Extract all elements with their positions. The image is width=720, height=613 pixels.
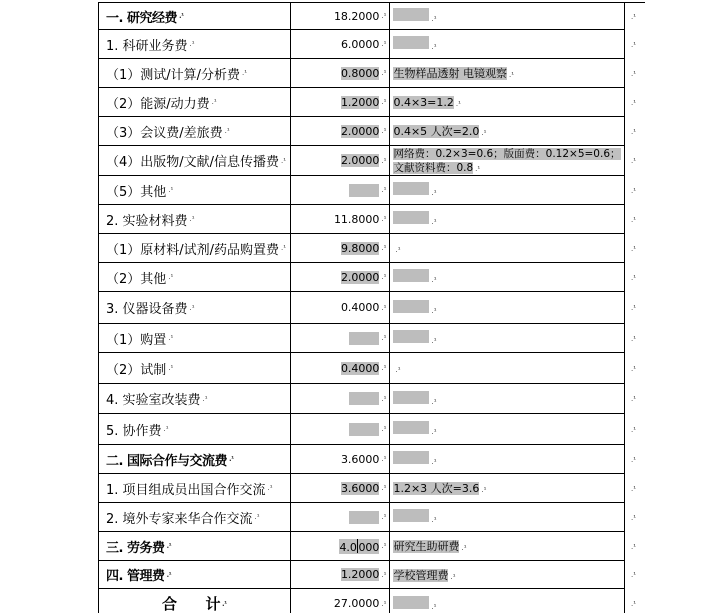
- item-label: （2）其他: [106, 268, 166, 287]
- table-row: 三. 劳务费.¹4.0000.¹研究生助研费.¹.¹: [99, 532, 645, 561]
- cell-end-marker: .¹: [381, 69, 386, 77]
- cell-end-marker: .¹: [381, 98, 386, 106]
- amount-cell[interactable]: 2.0000.¹: [291, 117, 391, 146]
- paragraph-mark: .¹: [631, 571, 636, 579]
- note-cell[interactable]: .¹: [390, 292, 625, 324]
- cell-end-marker: .¹: [168, 186, 173, 194]
- paragraph-mark: .¹: [631, 485, 636, 493]
- amount-value: 1.2000: [341, 568, 380, 581]
- cell-end-marker: .¹: [281, 157, 286, 165]
- paragraph-mark: .¹: [631, 426, 636, 434]
- item-cell[interactable]: （1）原材料/试剂/药品购置费.¹: [99, 234, 291, 263]
- paragraph-mark: .¹: [631, 41, 636, 49]
- cell-end-marker: .¹: [381, 215, 386, 223]
- row-end-mark: .¹: [625, 532, 645, 561]
- item-label: 三. 劳务费: [106, 537, 164, 556]
- redacted-box: [393, 182, 429, 195]
- cell-end-marker: .¹: [381, 40, 386, 48]
- amount-cell[interactable]: 3.6000.¹: [291, 474, 391, 503]
- item-cell[interactable]: 二. 国际合作与交流费.¹: [99, 445, 291, 474]
- item-cell[interactable]: （2）其他.¹: [99, 263, 291, 292]
- cell-end-marker: .¹: [168, 334, 173, 342]
- cell-end-marker: .¹: [395, 246, 400, 254]
- amount-cell[interactable]: .¹: [291, 414, 391, 445]
- budget-table: 一. 研究经费.¹18.2000.¹.¹.¹1. 科研业务费.¹6.0000.¹…: [98, 2, 645, 613]
- cell-end-marker: .¹: [190, 40, 195, 48]
- amount-cell[interactable]: 0.4000.¹: [291, 353, 391, 384]
- cell-end-marker: .¹: [381, 455, 386, 463]
- redacted-box: [393, 391, 429, 404]
- amount-value: 9.8000: [341, 242, 380, 255]
- row-end-mark: .¹: [625, 59, 645, 88]
- cell-end-marker: .¹: [461, 544, 466, 552]
- item-cell[interactable]: 三. 劳务费.¹: [99, 532, 291, 561]
- item-label: （3）会议费/差旅费: [106, 122, 223, 141]
- amount-cell[interactable]: .¹: [291, 176, 391, 205]
- item-cell[interactable]: （3）会议费/差旅费.¹: [99, 117, 291, 146]
- item-label: 4. 实验室改装费: [106, 389, 201, 408]
- note-cell[interactable]: .¹: [390, 3, 625, 30]
- table-row: 4. 实验室改装费.¹.¹.¹.¹: [99, 384, 645, 414]
- table-row: 四. 管理费.¹1.2000.¹学校管理费.¹.¹: [99, 561, 645, 589]
- item-cell[interactable]: 4. 实验室改装费.¹: [99, 384, 291, 414]
- cell-end-marker: .¹: [431, 428, 436, 436]
- item-label: 四. 管理费: [106, 565, 164, 584]
- cell-end-marker: .¹: [168, 364, 173, 372]
- paragraph-mark: .¹: [631, 70, 636, 78]
- row-end-mark: .¹: [625, 30, 645, 59]
- cell-end-marker: .¹: [212, 98, 217, 106]
- redacted-box: [349, 511, 379, 524]
- item-label: 1. 科研业务费: [106, 35, 188, 54]
- item-cell[interactable]: （2）能源/动力费.¹: [99, 88, 291, 117]
- amount-cell[interactable]: 18.2000.¹: [291, 3, 391, 30]
- item-cell[interactable]: 2. 实验材料费.¹: [99, 205, 291, 234]
- table-row: 二. 国际合作与交流费.¹3.6000.¹.¹.¹: [99, 445, 645, 474]
- cell-end-marker: .¹: [381, 334, 386, 342]
- cell-end-marker: .¹: [381, 571, 386, 579]
- item-cell[interactable]: 3. 仪器设备费.¹: [99, 292, 291, 324]
- amount-value: 2.0000: [341, 154, 380, 167]
- paragraph-mark: .¹: [631, 216, 636, 224]
- amount-cell[interactable]: 6.0000.¹: [291, 30, 391, 59]
- note-cell[interactable]: .¹: [390, 324, 625, 353]
- amount-cell[interactable]: 2.0000.¹: [291, 146, 391, 176]
- note-cell[interactable]: .¹: [390, 205, 625, 234]
- redacted-box: [393, 509, 429, 522]
- row-end-mark: .¹: [625, 589, 645, 613]
- cell-end-marker: .¹: [229, 455, 234, 463]
- cell-end-marker: .¹: [281, 244, 286, 252]
- cell-end-marker: .¹: [481, 486, 486, 494]
- note-cell[interactable]: .¹: [390, 234, 625, 263]
- item-label: 2. 境外专家来华合作交流: [106, 508, 253, 527]
- note-cell[interactable]: 1.2×3 人次=3.6.¹: [390, 474, 625, 503]
- table-row: 2. 境外专家来华合作交流.¹.¹.¹.¹: [99, 503, 645, 532]
- amount-value: 27.0000: [334, 597, 380, 610]
- note-cell[interactable]: 研究生助研费.¹: [390, 532, 625, 561]
- cell-end-marker: .¹: [190, 304, 195, 312]
- item-cell[interactable]: （1）购置.¹: [99, 324, 291, 353]
- row-end-mark: .¹: [625, 234, 645, 263]
- cell-end-marker: .¹: [268, 484, 273, 492]
- table-row: （2）能源/动力费.¹1.2000.¹0.4×3=1.2.¹.¹: [99, 88, 645, 117]
- redacted-box: [349, 184, 379, 197]
- row-end-mark: .¹: [625, 176, 645, 205]
- item-label: 合 计: [162, 593, 220, 613]
- row-end-mark: .¹: [625, 88, 645, 117]
- item-label: 二. 国际合作与交流费: [106, 450, 227, 469]
- amount-value: 1.2000: [341, 96, 380, 109]
- amount-value: 3.6000: [341, 453, 380, 466]
- note-cell[interactable]: .¹: [390, 503, 625, 532]
- table-row: 1. 科研业务费.¹6.0000.¹.¹.¹: [99, 30, 645, 59]
- redacted-box: [349, 332, 379, 345]
- note-cell[interactable]: 生物样品透射 电镜观察.¹: [390, 59, 625, 88]
- cell-end-marker: .¹: [381, 304, 386, 312]
- row-end-mark: .¹: [625, 146, 645, 176]
- cell-end-marker: .¹: [381, 513, 386, 521]
- cell-end-marker: .¹: [203, 395, 208, 403]
- note-text: 研究生助研费: [393, 540, 459, 553]
- note-cell[interactable]: .¹: [390, 414, 625, 445]
- amount-cell[interactable]: .¹: [291, 324, 391, 353]
- cell-end-marker: .¹: [381, 244, 386, 252]
- paragraph-mark: .¹: [631, 456, 636, 464]
- row-end-mark: .¹: [625, 324, 645, 353]
- amount-cell[interactable]: 27.0000.¹: [291, 589, 391, 613]
- redacted-box: [393, 269, 429, 282]
- paragraph-mark: .¹: [631, 335, 636, 343]
- cell-end-marker: .¹: [225, 127, 230, 135]
- note-text: 1.2×3 人次=3.6: [393, 482, 479, 495]
- item-label: （4）出版物/文献/信息传播费: [106, 151, 279, 170]
- item-label: （1）测试/计算/分析费: [106, 64, 240, 83]
- table-row: 1. 项目组成员出国合作交流.¹3.6000.¹1.2×3 人次=3.6.¹.¹: [99, 474, 645, 503]
- table-row: （2）其他.¹2.0000.¹.¹.¹: [99, 263, 645, 292]
- amount-cell[interactable]: 2.0000.¹: [291, 263, 391, 292]
- row-end-mark: .¹: [625, 205, 645, 234]
- item-cell[interactable]: 2. 境外专家来华合作交流.¹: [99, 503, 291, 532]
- cell-end-marker: .¹: [431, 398, 436, 406]
- amount-value: 11.8000: [334, 213, 380, 226]
- document-page: 一. 研究经费.¹18.2000.¹.¹.¹1. 科研业务费.¹6.0000.¹…: [0, 0, 720, 613]
- cell-end-marker: .¹: [481, 129, 486, 137]
- item-cell[interactable]: 合 计.¹: [99, 589, 291, 613]
- row-end-mark: .¹: [625, 503, 645, 532]
- cell-end-marker: .¹: [255, 513, 260, 521]
- note-cell[interactable]: .¹: [390, 589, 625, 613]
- item-cell[interactable]: 四. 管理费.¹: [99, 561, 291, 589]
- item-cell[interactable]: 1. 科研业务费.¹: [99, 30, 291, 59]
- table-row: 2. 实验材料费.¹11.8000.¹.¹.¹: [99, 205, 645, 234]
- amount-value: 18.2000: [334, 10, 380, 23]
- item-cell[interactable]: 1. 项目组成员出国合作交流.¹: [99, 474, 291, 503]
- cell-end-marker: .¹: [381, 364, 386, 372]
- row-end-mark: .¹: [625, 414, 645, 445]
- paragraph-mark: .¹: [631, 187, 636, 195]
- paragraph-mark: .¹: [631, 543, 636, 551]
- cell-end-marker: .¹: [431, 516, 436, 524]
- cell-end-marker: .¹: [509, 71, 514, 79]
- paragraph-mark: .¹: [631, 274, 636, 282]
- cell-end-marker: .¹: [381, 157, 386, 165]
- paragraph-mark: .¹: [631, 99, 636, 107]
- row-end-mark: .¹: [625, 117, 645, 146]
- item-cell[interactable]: （2）试制.¹: [99, 353, 291, 384]
- note-cell[interactable]: 学校管理费.¹: [390, 561, 625, 589]
- amount-cell[interactable]: .¹: [291, 503, 391, 532]
- amount-value: 2.0000: [341, 271, 380, 284]
- note-cell[interactable]: .¹: [390, 30, 625, 59]
- amount-cell[interactable]: 4.0000.¹: [291, 532, 391, 561]
- paragraph-mark: .¹: [631, 157, 636, 165]
- item-label: （2）能源/动力费: [106, 93, 210, 112]
- cell-end-marker: .¹: [179, 12, 184, 20]
- row-end-mark: .¹: [625, 561, 645, 589]
- cell-end-marker: .¹: [431, 276, 436, 284]
- cell-end-marker: .¹: [381, 542, 386, 550]
- item-label: 3. 仪器设备费: [106, 298, 188, 317]
- table-row: （3）会议费/差旅费.¹2.0000.¹0.4×5 人次=2.0.¹.¹: [99, 117, 645, 146]
- amount-value: 0.4000: [341, 362, 380, 375]
- amount-cell[interactable]: 1.2000.¹: [291, 561, 391, 589]
- redacted-box: [393, 596, 429, 609]
- redacted-box: [393, 211, 429, 224]
- redacted-box: [349, 392, 379, 405]
- note-cell[interactable]: .¹: [390, 176, 625, 205]
- item-label: 2. 实验材料费: [106, 210, 188, 229]
- cell-end-marker: .¹: [222, 600, 227, 608]
- paragraph-mark: .¹: [631, 600, 636, 608]
- cell-end-marker: .¹: [431, 307, 436, 315]
- row-end-mark: .¹: [625, 353, 645, 384]
- cell-end-marker: .¹: [395, 366, 400, 374]
- item-cell[interactable]: 5. 协作费.¹: [99, 414, 291, 445]
- row-end-mark: .¹: [625, 3, 645, 30]
- item-cell[interactable]: （4）出版物/文献/信息传播费.¹: [99, 146, 291, 176]
- redacted-box: [393, 451, 429, 464]
- item-label: 1. 项目组成员出国合作交流: [106, 479, 266, 498]
- cell-end-marker: .¹: [431, 458, 436, 466]
- redacted-box: [393, 36, 429, 49]
- amount-value: 0.4000: [341, 301, 380, 314]
- cell-end-marker: .¹: [450, 573, 455, 581]
- note-cell[interactable]: .¹: [390, 263, 625, 292]
- cell-end-marker: .¹: [164, 425, 169, 433]
- cell-end-marker: .¹: [381, 12, 386, 20]
- cell-end-marker: .¹: [381, 395, 386, 403]
- cell-end-marker: .¹: [166, 542, 171, 550]
- note-cell[interactable]: 0.4×3=1.2.¹: [390, 88, 625, 117]
- note-text: 网络费：0.2×3=0.6；版面费：0.12×5=0.6；文献资料费：0.8: [393, 148, 620, 174]
- cell-end-marker: .¹: [456, 100, 461, 108]
- amount-cell[interactable]: 9.8000.¹: [291, 234, 391, 263]
- amount-cell[interactable]: 3.6000.¹: [291, 445, 391, 474]
- table-row: （2）试制.¹0.4000.¹.¹.¹: [99, 353, 645, 384]
- paragraph-mark: .¹: [631, 13, 636, 21]
- item-label: （2）试制: [106, 359, 166, 378]
- amount-cell[interactable]: 0.8000.¹: [291, 59, 391, 88]
- redacted-box: [349, 423, 379, 436]
- redacted-box: [393, 300, 429, 313]
- paragraph-mark: .¹: [631, 304, 636, 312]
- paragraph-mark: .¹: [631, 245, 636, 253]
- redacted-box: [393, 421, 429, 434]
- table-row: 合 计.¹27.0000.¹.¹.¹: [99, 589, 645, 613]
- cell-end-marker: .¹: [431, 337, 436, 345]
- amount-cell[interactable]: .¹: [291, 384, 391, 414]
- row-end-mark: .¹: [625, 292, 645, 324]
- row-end-mark: .¹: [625, 474, 645, 503]
- note-cell[interactable]: .¹: [390, 353, 625, 384]
- paragraph-mark: .¹: [631, 365, 636, 373]
- note-cell[interactable]: 网络费：0.2×3=0.6；版面费：0.12×5=0.6；文献资料费：0.8.¹: [390, 146, 625, 176]
- redacted-box: [393, 330, 429, 343]
- cell-end-marker: .¹: [381, 600, 386, 608]
- table-row: 5. 协作费.¹.¹.¹.¹: [99, 414, 645, 445]
- amount-cell[interactable]: 1.2000.¹: [291, 88, 391, 117]
- cell-end-marker: .¹: [381, 127, 386, 135]
- amount-value: 3.6000: [341, 482, 380, 495]
- cell-end-marker: .¹: [190, 215, 195, 223]
- note-cell[interactable]: .¹: [390, 445, 625, 474]
- paragraph-mark: .¹: [631, 128, 636, 136]
- table-row: （1）购置.¹.¹.¹.¹: [99, 324, 645, 353]
- cell-end-marker: .¹: [242, 69, 247, 77]
- note-cell[interactable]: 0.4×5 人次=2.0.¹: [390, 117, 625, 146]
- amount-cell[interactable]: 0.4000.¹: [291, 292, 391, 324]
- cell-end-marker: .¹: [168, 273, 173, 281]
- cell-end-marker: .¹: [475, 165, 480, 173]
- item-cell[interactable]: （5）其他.¹: [99, 176, 291, 205]
- row-end-mark: .¹: [625, 384, 645, 414]
- row-end-mark: .¹: [625, 263, 645, 292]
- amount-value: 2.0000: [341, 125, 380, 138]
- row-end-mark: .¹: [625, 445, 645, 474]
- table-row: （4）出版物/文献/信息传播费.¹2.0000.¹网络费：0.2×3=0.6；版…: [99, 146, 645, 176]
- item-cell[interactable]: （1）测试/计算/分析费.¹: [99, 59, 291, 88]
- cell-end-marker: .¹: [381, 425, 386, 433]
- cell-end-marker: .¹: [431, 15, 436, 23]
- cell-end-marker: .¹: [381, 186, 386, 194]
- table-row: （1）原材料/试剂/药品购置费.¹9.8000.¹.¹.¹: [99, 234, 645, 263]
- item-label: 5. 协作费: [106, 420, 162, 439]
- note-text: 学校管理费: [393, 569, 448, 582]
- amount-value: 0.8000: [341, 67, 380, 80]
- item-label: （5）其他: [106, 181, 166, 200]
- cell-end-marker: .¹: [431, 43, 436, 51]
- table-row: 一. 研究经费.¹18.2000.¹.¹.¹: [99, 3, 645, 30]
- table-row: （1）测试/计算/分析费.¹0.8000.¹生物样品透射 电镜观察.¹.¹: [99, 59, 645, 88]
- item-cell[interactable]: 一. 研究经费.¹: [99, 3, 291, 30]
- table-row: 3. 仪器设备费.¹0.4000.¹.¹.¹: [99, 292, 645, 324]
- note-text: 生物样品透射 电镜观察: [393, 67, 507, 80]
- cell-end-marker: .¹: [431, 189, 436, 197]
- table-row: （5）其他.¹.¹.¹.¹: [99, 176, 645, 205]
- cell-end-marker: .¹: [431, 603, 436, 611]
- cell-end-marker: .¹: [166, 571, 171, 579]
- note-text: 0.4×5 人次=2.0: [393, 125, 479, 138]
- amount-value: 4.0000: [339, 539, 379, 554]
- cell-end-marker: .¹: [431, 218, 436, 226]
- redacted-box: [393, 8, 429, 21]
- paragraph-mark: .¹: [631, 395, 636, 403]
- amount-cell[interactable]: 11.8000.¹: [291, 205, 391, 234]
- cell-end-marker: .¹: [381, 273, 386, 281]
- amount-value: 6.0000: [341, 38, 380, 51]
- note-cell[interactable]: .¹: [390, 384, 625, 414]
- paragraph-mark: .¹: [631, 514, 636, 522]
- note-text: 0.4×3=1.2: [393, 96, 453, 109]
- item-label: 一. 研究经费: [106, 7, 177, 26]
- item-label: （1）购置: [106, 329, 166, 348]
- cell-end-marker: .¹: [381, 484, 386, 492]
- item-label: （1）原材料/试剂/药品购置费: [106, 239, 279, 258]
